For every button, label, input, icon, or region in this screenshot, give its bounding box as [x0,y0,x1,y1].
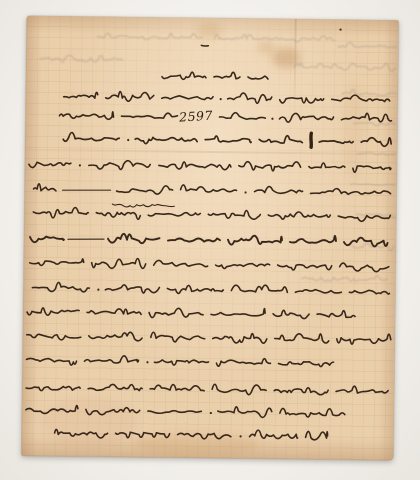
photo-of-letter: 2597 [0,0,420,480]
handwriting-layer: 2597 [21,16,398,461]
bleed-through-ink-group [38,32,399,282]
numeral-2597: 2597 [178,108,214,125]
letter-paper: 2597 [21,16,398,461]
handwriting-ink-group [26,25,395,442]
